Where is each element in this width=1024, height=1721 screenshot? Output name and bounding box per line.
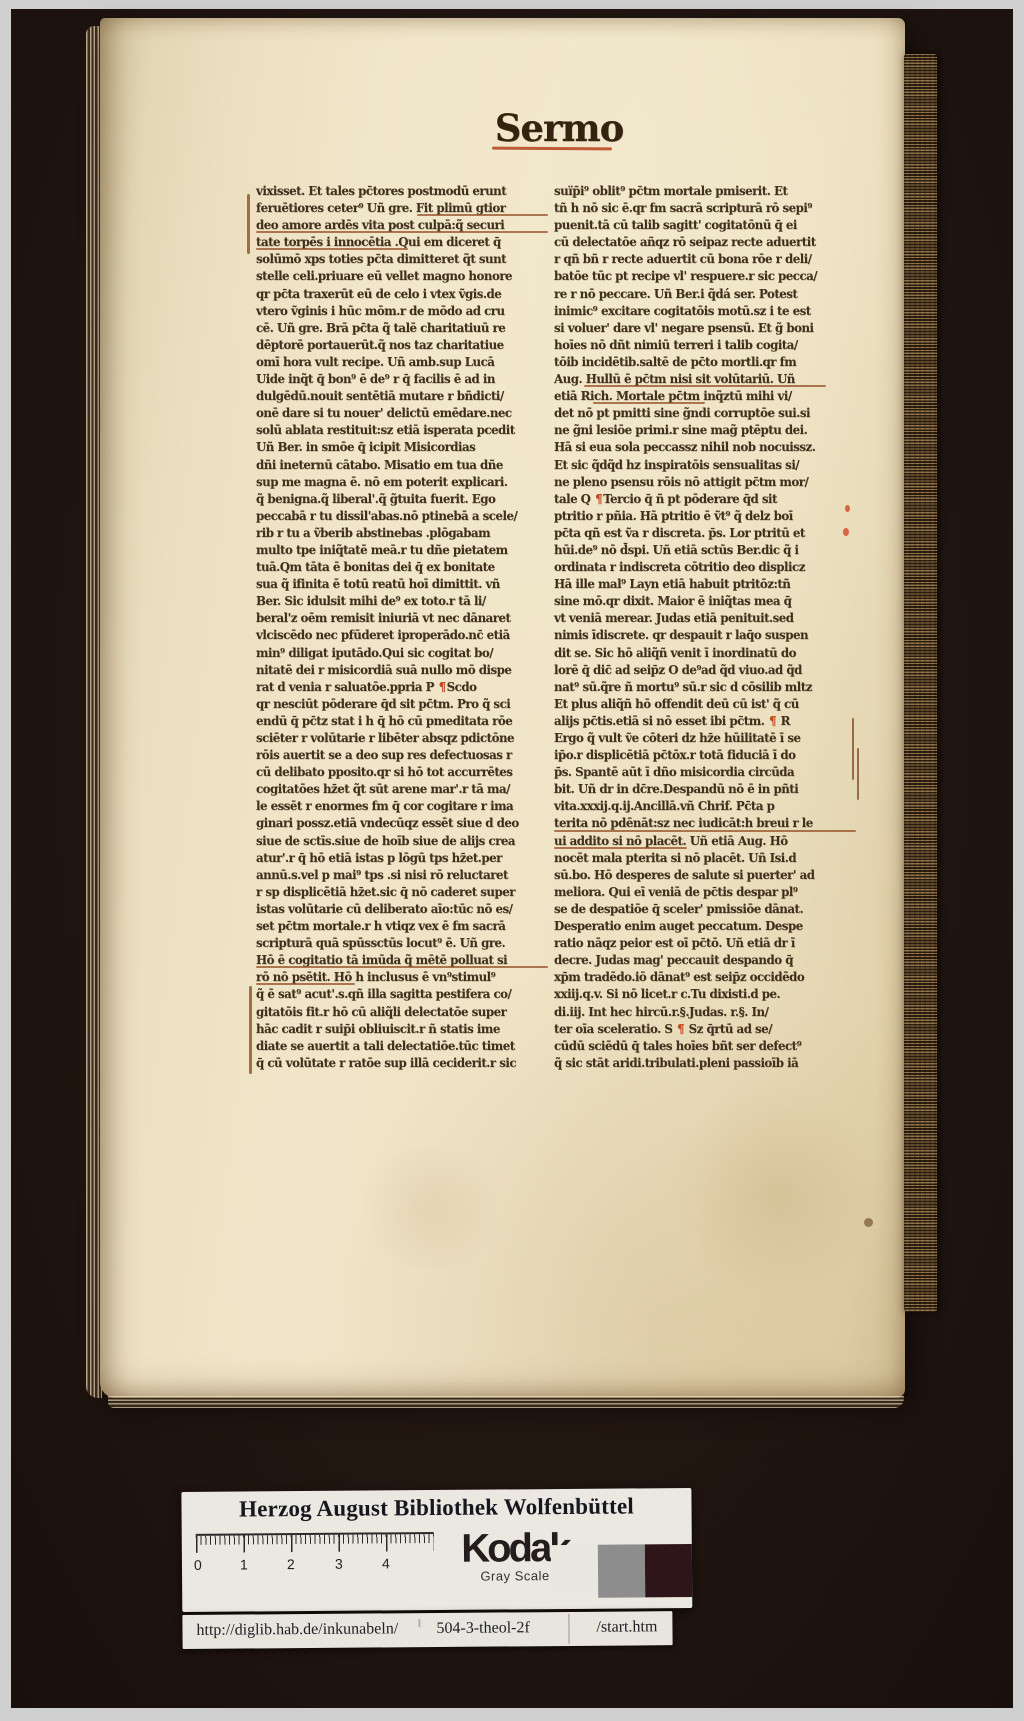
text-line: deo amore ardēs vita post culpā:q̃ secur… (256, 217, 548, 234)
ruler-number: 4 (382, 1555, 390, 1571)
text-line: Desperatio enim auget peccatum. Despe (554, 918, 856, 935)
text-line: se de despatiōe q̄ sceler' pmissiōe dāna… (554, 901, 856, 918)
text-line: dit se. Sic hō aliq̃ñ venit ī inordinatū… (554, 645, 856, 662)
reader-underline (417, 214, 548, 216)
text-line: Et plus aliq̃ñ hō offendit deū cū ist' q… (554, 696, 856, 713)
reference-label: Herzog August Bibliothek Wolfenbüttel 0 … (181, 1488, 692, 1649)
text-line: tñ h nō sic ē.qr fm sacrā scripturā rō s… (554, 200, 856, 217)
gray-scale-patch-dark (645, 1544, 692, 1597)
text-line: xp̄m tradēdo.iō dānat⁹ est seip̄z occidē… (554, 969, 856, 986)
reader-underline (554, 847, 687, 849)
text-line: lorē q̄ dic̄ ad seip̄z O de⁹ad q̃d viuo.… (554, 662, 856, 679)
start-page-path: /start.htm (596, 1618, 657, 1636)
text-line: vtero ṽginis i hūc mōm.r de mōdo ad cru (256, 303, 548, 320)
photo-backdrop: Sermo vixisset. Et tales pc̄tores postmo… (11, 9, 1013, 1708)
divider (418, 1619, 420, 1627)
pilcrow-mark: ¶ (438, 680, 447, 694)
text-line: qr pc̄ta traxerūt eū de celo i vtex ṽgis… (256, 286, 548, 303)
reader-underline (256, 248, 408, 250)
margin-stroke (857, 748, 859, 800)
url-strip: http://diglib.hab.de/inkunabeln/ 504-3-t… (182, 1611, 672, 1649)
text-line: q̃ ē sat⁹ acut'.s.qñ illa sagitta pestif… (256, 986, 548, 1003)
text-line: ratio nāqz peior est oī pc̄tō. Uñ etiā d… (554, 935, 856, 952)
text-line: solūmō xps toties pc̄ta dimitteret q̃t s… (256, 251, 548, 268)
gray-scale-patch-gray (598, 1544, 645, 1597)
reader-underline (554, 830, 856, 832)
text-line: hoīes nō dñt nimiū terreri i talib cogit… (554, 337, 856, 354)
text-line: rib r tu a ṽberib abstinebas .plōgabam (256, 525, 548, 542)
text-line: ordinata r indiscreta cōtritio deo displ… (554, 559, 856, 576)
book-page: Sermo vixisset. Et tales pc̄tores postmo… (100, 18, 905, 1398)
text-line: bit. Uñ dr in dc̄re.Despandū nō ē in pñt… (554, 781, 856, 798)
text-line: vt veniā merear. Judas etiā penituit.sed (554, 610, 856, 627)
text-line: sup me magna ē. nō em poterit explicari. (256, 474, 548, 491)
text-line: ui addito si nō placēt. Uñ etiā Aug. Hō (554, 833, 856, 850)
ruler-number: 2 (287, 1556, 295, 1572)
text-line: atur'.r q̄ hō etiā istas p lōgū tps hz̄e… (256, 850, 548, 867)
shelfmark: 504-3-theol-2f (436, 1619, 529, 1638)
ruler-numbers: 0 1 2 3 4 (196, 1555, 442, 1577)
reader-underline (256, 983, 355, 985)
text-line: siue de sctīs.siue de hoīb siue de alijs… (256, 833, 548, 850)
text-line: vixisset. Et tales pc̄tores postmodū eru… (256, 183, 548, 200)
ruler-number: 3 (335, 1556, 343, 1572)
text-line: Uide inq̃t q̄ bon⁹ ē de⁹ r q̄ facilis ē … (256, 371, 548, 388)
text-line: Hā ille mal⁹ Layn etiā habuit ptritōz:tñ (554, 576, 856, 593)
parchment-spot (864, 1218, 873, 1227)
column-left: vixisset. Et tales pc̄tores postmodū eru… (256, 183, 548, 1072)
text-line: dulgēdū.nouit sentētiā mutare r bñdicti/ (256, 388, 548, 405)
text-line: Uñ Ber. in smōe q̄ icipit Misicordias (256, 439, 548, 456)
divider (568, 1614, 569, 1644)
text-line: tuā.Qm tāta ē bonitas dei q̄ ex bonitate (256, 559, 548, 576)
text-line: p̄s. Spantē aūt ī dño misicordia circūda (554, 764, 856, 781)
ruler-number: 0 (194, 1557, 202, 1573)
text-line: gitatōis fit.r hō cū aliq̃li delectatōe … (256, 1004, 548, 1021)
pilcrow-mark: ¶ (594, 492, 603, 506)
text-line: istas volūtarie cū deliberato aīo:tūc nō… (256, 901, 548, 918)
gray-scale-patches (551, 1544, 692, 1598)
text-line: Et sic q̃dq̃d hz inspiratōis sensualitas… (554, 457, 856, 474)
margin-stroke (852, 718, 854, 780)
parchment-stain (350, 1148, 510, 1268)
text-line: cogitatōes hz̄et q̃t sūt arene mar'.r tā… (256, 781, 548, 798)
gray-scale-patch-white (551, 1545, 598, 1598)
text-line: stelle celi.priuare eū vellet magno hono… (256, 268, 548, 285)
ruler: 0 1 2 3 4 (196, 1532, 442, 1582)
text-line: pc̄ta qñ est ṽa r discreta. p̄s. Lor ptr… (554, 525, 856, 542)
text-line: ne g̃ni lesiōe primi.r sine mag̃ ptēptu … (554, 422, 856, 439)
text-line: inimic⁹ excitare cogitatōis motū.sz i te… (554, 303, 856, 320)
text-line: Ber. Sic idulsit mihi de⁹ ex toto.r tā l… (256, 593, 548, 610)
column-right: suïp̄i⁹ oblit⁹ pc̄tm mortale pmiserit. E… (554, 183, 856, 1072)
digitization-url: http://diglib.hab.de/inkunabeln/ (196, 1620, 398, 1640)
text-line: hūi.de⁹ nō d̄spi. Uñ etiā sctūs Ber.dic … (554, 542, 856, 559)
pilcrow-mark: ¶ (768, 714, 777, 728)
text-line: annū.s.vel p mai⁹ tps .si nisi rō reluct… (256, 867, 548, 884)
text-line: omī hora vult recipe. Uñ amb.sup Lucā (256, 354, 548, 371)
text-line: tate torpēs i innocētia .Qui em diceret … (256, 234, 548, 251)
text-line: det nō pt pmitti sine g̃ndi corruptōe su… (554, 405, 856, 422)
text-line: rō nō psētit. Hō h inclusus ē vn⁹stimul⁹ (256, 969, 548, 986)
text-line: diate se auertit a tali delectatiōe.tūc … (256, 1038, 548, 1055)
text-line: peccabā r tu dissil'abas.nō ptinebā a sc… (256, 508, 548, 525)
text-line: multo tpe iniq̃tatē meā.r tu dñe pietate… (256, 542, 548, 559)
margin-bracket (247, 194, 250, 254)
text-line: nocēt mala pterita si nō placēt. Uñ Isi.… (554, 850, 856, 867)
red-ink-fleck (845, 505, 850, 512)
text-line: tale Q ¶Tercio q̄ ñ pt pōderare q̄d sit (554, 491, 856, 508)
ruler-ticks (196, 1532, 434, 1553)
text-line: re r nō peccare. Uñ Ber.i q̃dá ser. Pote… (554, 286, 856, 303)
ruler-number: 1 (240, 1556, 248, 1572)
page-header-title: Sermo (454, 106, 664, 150)
text-line: sciēter r volūtarie r libēter absqz pdic… (256, 730, 548, 747)
text-line: Aug. Hullū ē pc̄tm nisi sit volūtariū. U… (554, 371, 856, 388)
reader-underline (256, 231, 548, 233)
text-line: cū delibato pposito.qr si hō tot accurrē… (256, 764, 548, 781)
text-line: di.iij. Int hec hircū.r.§.Judas. r.§. In… (554, 1004, 856, 1021)
text-line: ginari possz.etiā vndecūqz essēt siue d … (256, 815, 548, 832)
text-line: min⁹ diligat iputādo.Qui sic cogitat bo/ (256, 645, 548, 662)
text-line: vita.xxxij.q.ij.Ancillā.vñ Chrif. Pc̄ta … (554, 798, 856, 815)
text-line: sua q̃ ifinita ē totū reatū hoī dimittit… (256, 576, 548, 593)
text-line: etiā Rich. Mortale pc̄tm inq̃ztū mihi vi… (554, 388, 856, 405)
text-line: sine mō.qr dixit. Maior ē iniq̃tas mea q… (554, 593, 856, 610)
text-line: cū delectatōe añqz rō seipaz recte aduer… (554, 234, 856, 251)
text-line: Ergo q̃ vult ṽe cōteri dz hz̄e hūilitatē… (554, 730, 856, 747)
text-line: Hō ē cogitatio tā imūda q̃ mētē polluat … (256, 952, 548, 969)
text-line: solū ablata restituit:sz etiā isperata p… (256, 422, 548, 439)
text-line: q̃ sic stāt aridi.tribulati.pleni passio… (554, 1055, 856, 1072)
margin-bracket (249, 986, 252, 1074)
text-line: dñi ineternū cātabo. Misatio em tua dñe (256, 457, 548, 474)
text-line: cūdū sciēdū q̄ tales hoīes bñt ser defec… (554, 1038, 856, 1055)
red-ink-fleck (843, 528, 849, 536)
text-line: decre. Judas mag' peccauit despando q̄ (554, 952, 856, 969)
reader-underline (256, 966, 548, 968)
text-line: nat⁹ sū.q̃re ñ mortu⁹ sū.r sic d cōsilib… (554, 679, 856, 696)
text-line: si voluer' dare vl' negare psensū. Et g̃… (554, 320, 856, 337)
text-line: puenit.tā cū talib sagitt' cogitatōnū q̄… (554, 217, 856, 234)
text-line: vlciscēdo nec pfūderet iproperādo.nc̄ et… (256, 627, 548, 644)
book-leaf-edges-bottom (108, 1396, 904, 1408)
text-line: hāc cadit r suip̄i obliuiscit.r ñ statis… (256, 1021, 548, 1038)
text-line: cē. Uñ gre. Brā pc̄ta q̃ talē charitatiu… (256, 320, 548, 337)
text-line: endū q̄ pc̄tz stat i h q̄ hō cū pmeditat… (256, 713, 548, 730)
text-line: qr nesciūt pōderare q̄d sit pc̄tm. Pro q… (256, 696, 548, 713)
text-line: ip̄o.r displicētiā pc̄tōx.r totā fiduciā… (554, 747, 856, 764)
text-line: suïp̄i⁹ oblit⁹ pc̄tm mortale pmiserit. E… (554, 183, 856, 200)
photo-canvas: Sermo vixisset. Et tales pc̄tores postmo… (0, 0, 1024, 1721)
text-line: ptritio r pñia. Hā ptritio ē ṽt⁹ q̃ delz… (554, 508, 856, 525)
text-line: q̄ cū volūtate r ratōe sup illā cecideri… (256, 1055, 548, 1072)
text-line: r sp displicētiā hz̄et.sic q̄ nō caderet… (256, 884, 548, 901)
text-line: le essēt r enormes fm q̄ cor cogitare r … (256, 798, 548, 815)
library-name: Herzog August Bibliothek Wolfenbüttel (181, 1493, 691, 1523)
reader-underline (584, 385, 826, 387)
text-line: scripturā quā spūssctūs locut⁹ ē. Uñ gre… (256, 935, 548, 952)
reference-card: Herzog August Bibliothek Wolfenbüttel 0 … (181, 1488, 692, 1612)
text-line: onē dare si tu nouer' delictū emēdare.ne… (256, 405, 548, 422)
text-line: r qñ bñ r recte aduertit cū bona rōe r d… (554, 251, 856, 268)
text-line: set pc̄tm mortale.r h vtiqz vex ē fm sac… (256, 918, 548, 935)
text-line: rat d venia r saluatōe.ppria P ¶Scdo (256, 679, 548, 696)
text-line: dēptorē portauerūt.q̃ nos taz charitatiu… (256, 337, 548, 354)
pilcrow-mark: ¶ (676, 1022, 685, 1036)
text-line: nimis īdiscrete. qr despauit r laq̄o sus… (554, 627, 856, 644)
text-line: batōe tūc pt recipe vl' respuere.r sic p… (554, 268, 856, 285)
text-line: terita nō pdēnāt:sz nec iudicāt:h breui … (554, 815, 856, 832)
text-line: ter oīa sceleratio. S ¶ Sz q̄rtū ad se/ (554, 1021, 856, 1038)
reader-underline (593, 402, 705, 404)
text-line: Hā si eua sola peccassz nihil nob nocuis… (554, 439, 856, 456)
text-line: ne pleno psensu rōis nō attigit pc̄tm mo… (554, 474, 856, 491)
text-line: rōis auertit se a deo sup res defectuosa… (256, 747, 548, 764)
text-line: meliora. Qui eī veniā de pc̄tis despar p… (554, 884, 856, 901)
text-line: alijs pc̄tis.etiā si nō esset ibi pc̄tm.… (554, 713, 856, 730)
text-line: sū.bo. Hō desperes de salute si puerter'… (554, 867, 856, 884)
parchment-stain (660, 1078, 890, 1308)
facing-leaf-text-edge (904, 54, 937, 1312)
text-line: tōib incidētib.saltē de pc̄to mortli.qr … (554, 354, 856, 371)
text-line: q̃ benigna.q̃ liberal'.q̃ g̃tuita fuerit… (256, 491, 548, 508)
text-line: nitatē dei r misicordiā suā nullo mō dis… (256, 662, 548, 679)
text-line: xxiij.q.v. Si nō licet.r c.Tu dixisti.d … (554, 986, 856, 1003)
text-line: beral'z oēm remisit iniuriā vt nec dānar… (256, 610, 548, 627)
text-line: feruētiores ceter⁹ Uñ gre. Fit plimū gti… (256, 200, 548, 217)
